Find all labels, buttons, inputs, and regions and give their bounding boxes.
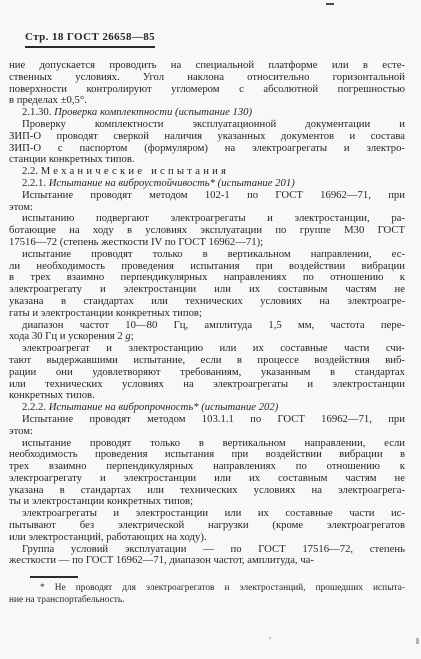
text-segment: этом: [9, 201, 33, 213]
text-segment: 2.2.2. [22, 401, 49, 413]
text-line: * Не проводят для электроагрегатов и эле… [9, 583, 405, 595]
scan-speck [269, 637, 271, 639]
text-segment: поверхности контролируют угломером с абс… [9, 83, 405, 95]
text-segment: электроагрегат и электростанцию или их с… [22, 342, 405, 354]
footnote-rule [30, 576, 78, 578]
text-segment: 2.2. [22, 165, 41, 177]
text-segment: 2.1.30. [22, 106, 54, 118]
text-segment: испытанию подвергают электроагрегаты и э… [22, 212, 405, 224]
text-segment: этом: [9, 425, 33, 437]
text-segment: Группа условий эксплуатации — по ГОСТ 17… [22, 543, 405, 555]
text-segment: ственных условиях. Угол наклона относите… [9, 71, 405, 83]
text-segment: трех взаимно перпендикулярных направлени… [9, 460, 405, 472]
text-segment: рации они удовлетворяют требованиям, ука… [9, 366, 405, 378]
text-segment: необходимость проведения испытания при в… [9, 448, 405, 460]
text-line: жесткости — по ГОСТ 16962—71, диапазон ч… [9, 555, 405, 567]
text-segment: ние допускается проводить на специальной… [9, 59, 405, 71]
scan-speck [416, 638, 419, 644]
text-segment: электроагрегату и электростанции или их … [9, 283, 405, 295]
text-segment: пытывают без электрической нагрузки (кро… [9, 519, 405, 531]
footnote-text: * Не проводят для электроагрегатов и эле… [9, 583, 405, 606]
text-segment: Испытание проводят методом 102-1 по ГОСТ… [22, 189, 405, 201]
page-header: Стр. 18 ГОСТ 26658—85 [25, 31, 155, 48]
text-segment: ; [131, 330, 134, 342]
text-segment: 17516—72 (степень жесткости IV по ГОСТ 1… [9, 236, 263, 248]
text-segment: ЗИП-О с паспортом (формуляром) на электр… [9, 142, 405, 154]
text-segment: Испытание на вибропрочность* (испытание … [49, 401, 279, 413]
text-segment: указана в стандартах или технических усл… [9, 484, 405, 496]
text-segment: Механические испытания [41, 165, 229, 177]
text-segment: или технических условиях на электроагрег… [9, 378, 405, 390]
text-segment: или электростанций, работающих на ходу). [9, 531, 207, 543]
text-segment: диапазон частот 10—80 Гц, амплитуда 1,5 … [22, 319, 405, 331]
text-segment: Проверка комплектности (испытание 130) [54, 106, 252, 118]
text-segment: 2.2.1. [22, 177, 49, 189]
page-header-text: Стр. 18 ГОСТ 26658—85 [25, 31, 155, 43]
scan-speck [326, 3, 334, 5]
text-segment: ботающие на ходу в условиях эксплуатации… [9, 224, 405, 236]
text-segment: электроагрегату и электростанции или их … [9, 472, 405, 484]
text-segment: Испытание проводят методом 103.1.1 по ГО… [22, 413, 405, 425]
text-segment: ние на транспортабельность. [9, 595, 125, 605]
text-segment: в пределах ±0,5°. [9, 94, 87, 106]
text-segment: станции конкретных типов. [9, 153, 135, 165]
document-page: Стр. 18 ГОСТ 26658—85 ние допускается пр… [0, 0, 421, 659]
text-segment: конкретных типов. [9, 389, 95, 401]
body-text: ние допускается проводить на специальной… [9, 60, 405, 567]
text-line: Испытание проводят методом 103.1.1 по ГО… [9, 414, 405, 426]
text-segment: Испытание на виброустойчивость* (испытан… [49, 177, 295, 189]
text-segment: в трех взаимно перпендикулярных направле… [9, 271, 405, 283]
text-segment: Проверку комплектности эксплуатационной … [22, 118, 405, 130]
text-line: ние на транспортабельность. [9, 595, 405, 607]
text-line: Испытание проводят методом 102-1 по ГОСТ… [9, 190, 405, 202]
text-segment: хода 30 Гц и ускорения 2 [9, 330, 125, 342]
text-segment: ты и электростанции конкретных типов; [9, 495, 193, 507]
text-segment: ЗИП-О проводят сверкой наличия указанных… [9, 130, 405, 142]
text-segment: электроагрегаты и электростанции или их … [22, 507, 405, 519]
text-segment: ли необходимость проведения испытания пр… [9, 260, 405, 272]
text-segment: * Не проводят для электроагрегатов и эле… [40, 583, 405, 593]
text-segment: указана в стандартах или технических усл… [9, 295, 405, 307]
text-segment: гаты и электростанции конкретных типов; [9, 307, 202, 319]
text-segment: испытание проводят только в вертикальном… [22, 248, 405, 260]
text-segment: жесткости — по ГОСТ 16962—71, диапазон ч… [9, 554, 314, 566]
text-segment: тают выдержавшими испытание, если в проц… [9, 354, 405, 366]
text-segment: испытание проводят только в вертикальном… [22, 437, 405, 449]
